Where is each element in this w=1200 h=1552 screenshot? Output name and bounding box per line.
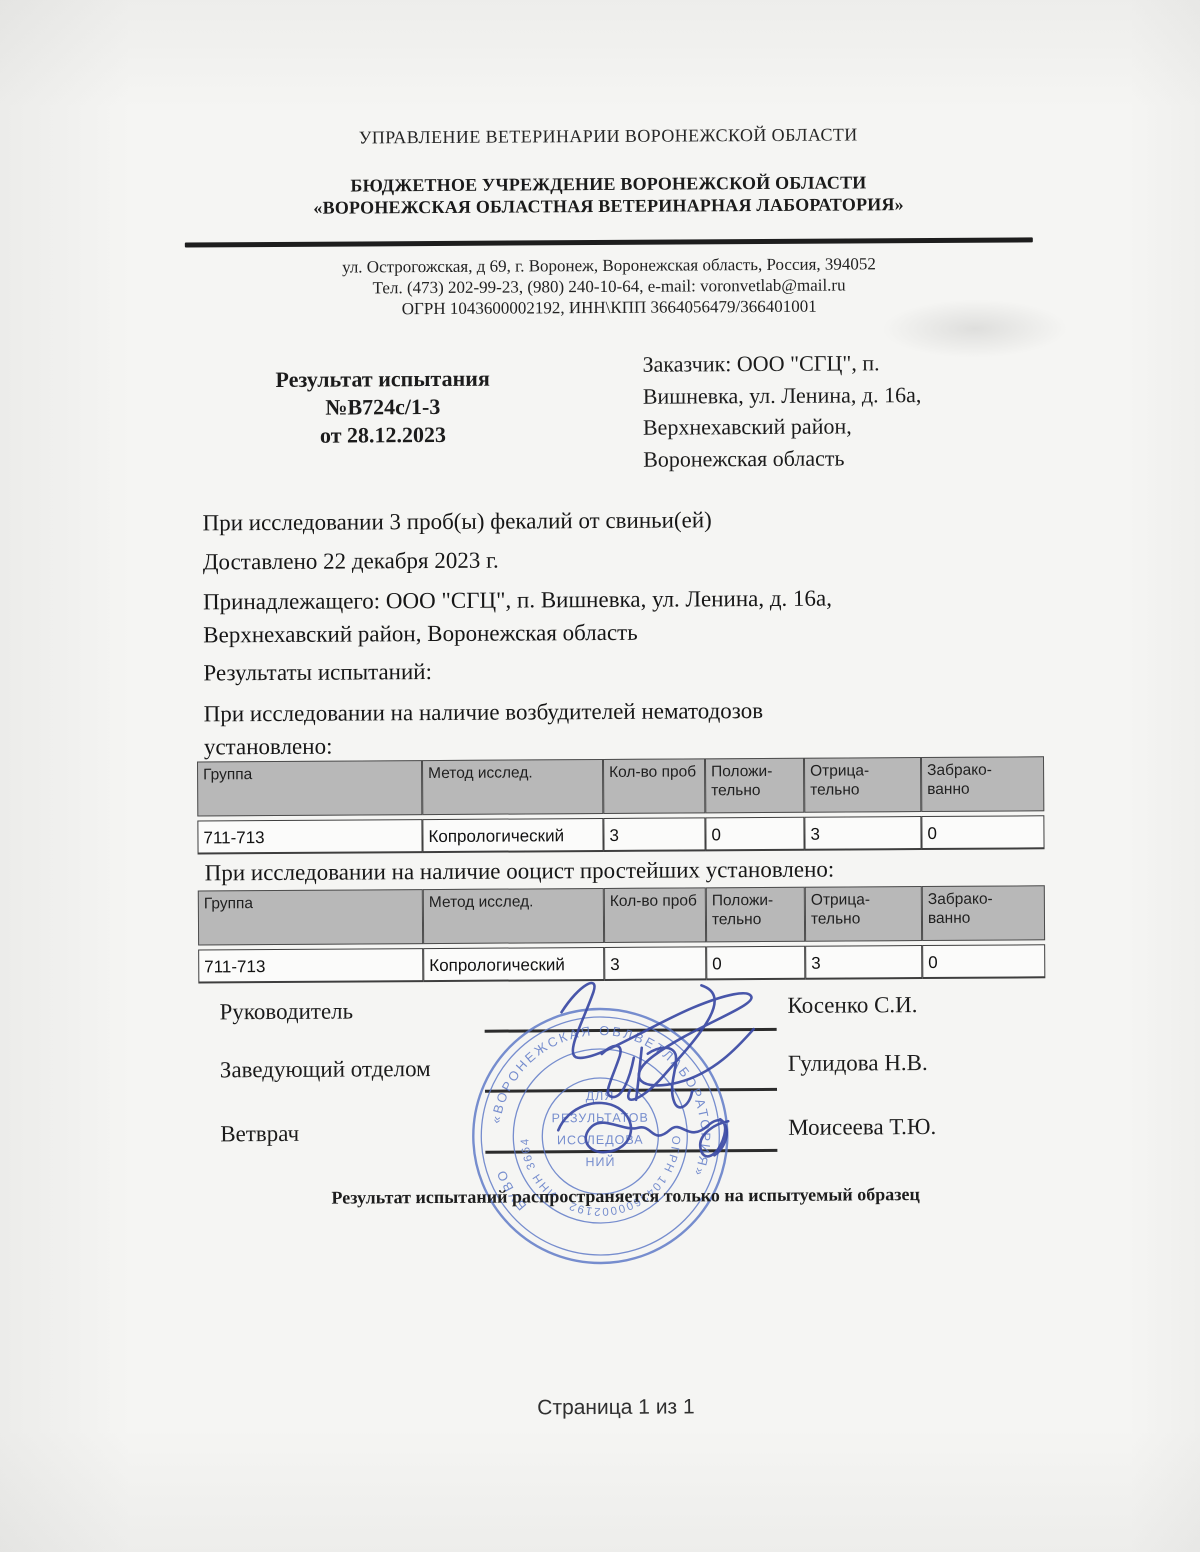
report-date: от 28.12.2023	[228, 420, 538, 450]
scanned-document: УПРАВЛЕНИЕ ВЕТЕРИНАРИИ ВОРОНЕЖСКОЙ ОБЛАС…	[0, 0, 1200, 1552]
cell-sample-count: 3	[604, 946, 706, 981]
signer-name: Моисеева Т.Ю.	[788, 1114, 936, 1141]
signer-name: Косенко С.И.	[787, 992, 917, 1019]
cell-group: 711-713	[198, 948, 423, 983]
table-row: 711-713 Копрологический 3 0 3 0	[198, 944, 1045, 983]
stamp-center-text: НИЙ	[585, 1154, 615, 1169]
signer-name: Гулидова Н.В.	[788, 1050, 928, 1077]
table-header-row: Группа Метод исслед. Кол-во проб Положи-…	[198, 885, 1045, 945]
letterhead-divider	[185, 237, 1033, 247]
cell-negative: 3	[804, 816, 921, 851]
cell-sample-count: 3	[603, 817, 705, 852]
owner-line: Верхнехавский район, Воронежская область	[203, 613, 1063, 651]
column-header-sample-count: Кол-во проб	[603, 758, 705, 814]
authority-name: УПРАВЛЕНИЕ ВЕТЕРИНАРИИ ВОРОНЕЖСКОЙ ОБЛАС…	[108, 123, 1108, 150]
cell-method: Копрологический	[423, 947, 604, 982]
page-number: Страница 1 из 1	[116, 1393, 1116, 1423]
column-header-positive: Положи- тельно	[706, 887, 805, 943]
customer-block: Заказчик: ООО "СГЦ", п. Вишневка, ул. Ле…	[642, 347, 973, 475]
table-row: 711-713 Копрологический 3 0 3 0	[197, 815, 1044, 854]
oocysts-results-table: Группа Метод исслед. Кол-во проб Положи-…	[198, 881, 1046, 987]
customer-line: Заказчик: ООО "СГЦ", п.	[642, 347, 972, 381]
nematodes-caption: При исследовании на наличие возбудителей…	[204, 692, 1064, 730]
column-header-rejected: Забрако- ванно	[921, 756, 1044, 812]
column-header-positive: Положи- тельно	[705, 758, 804, 814]
stamp-center-text: РЕЗУЛЬТАТОВ	[552, 1111, 649, 1126]
customer-line: Воронежская область	[643, 441, 973, 475]
report-title-block: Результат испытания №В724с/1-3 от 28.12.…	[228, 364, 539, 450]
signer-role: Руководитель	[219, 999, 353, 1026]
samples-line: При исследовании 3 проб(ы) фекалий от св…	[202, 501, 1062, 539]
delivered-line: Доставлено 22 декабря 2023 г.	[203, 540, 1063, 578]
cell-rejected: 0	[921, 815, 1044, 850]
owner-line: Принадлежащего: ООО "СГЦ", п. Вишневка, …	[203, 580, 1063, 618]
cell-rejected: 0	[922, 944, 1045, 979]
column-header-group: Группа	[197, 760, 422, 816]
cell-negative: 3	[805, 945, 922, 980]
scope-note: Результат испытаний распространяется тол…	[115, 1183, 1137, 1210]
column-header-group: Группа	[198, 889, 423, 945]
table-header-row: Группа Метод исслед. Кол-во проб Положи-…	[197, 756, 1044, 816]
column-header-method: Метод исслед.	[422, 759, 603, 815]
column-header-sample-count: Кол-во проб	[604, 887, 706, 943]
cell-positive: 0	[705, 817, 804, 852]
signer-role: Ветврач	[220, 1121, 299, 1147]
column-header-rejected: Забрако- ванно	[922, 885, 1045, 941]
results-heading: Результаты испытаний:	[203, 651, 1063, 689]
customer-line: Вишневка, ул. Ленина, д. 16а,	[643, 378, 973, 412]
column-header-negative: Отрица- тельно	[805, 886, 922, 942]
report-title: Результат испытания	[228, 364, 538, 394]
official-round-stamp: «ВОРОНЕЖСКАЯ ОБЛВЕТЛАБОРАТОРИЯ» БУВО ОГР…	[463, 999, 737, 1273]
stamp-center-text: ИССЛЕДОВА	[557, 1133, 644, 1148]
nematodes-results-table: Группа Метод исслед. Кол-во проб Положи-…	[197, 752, 1045, 858]
stamp-center-text: ДЛЯ	[586, 1089, 615, 1103]
cell-method: Копрологический	[422, 818, 603, 853]
column-header-method: Метод исслед.	[423, 888, 604, 944]
column-header-negative: Отрица- тельно	[804, 757, 921, 813]
customer-line: Верхнехавский район,	[643, 410, 973, 444]
signer-role: Заведующий отделом	[220, 1056, 431, 1083]
cell-positive: 0	[706, 946, 805, 981]
cell-group: 711-713	[197, 819, 422, 854]
report-number: №В724с/1-3	[228, 392, 538, 422]
